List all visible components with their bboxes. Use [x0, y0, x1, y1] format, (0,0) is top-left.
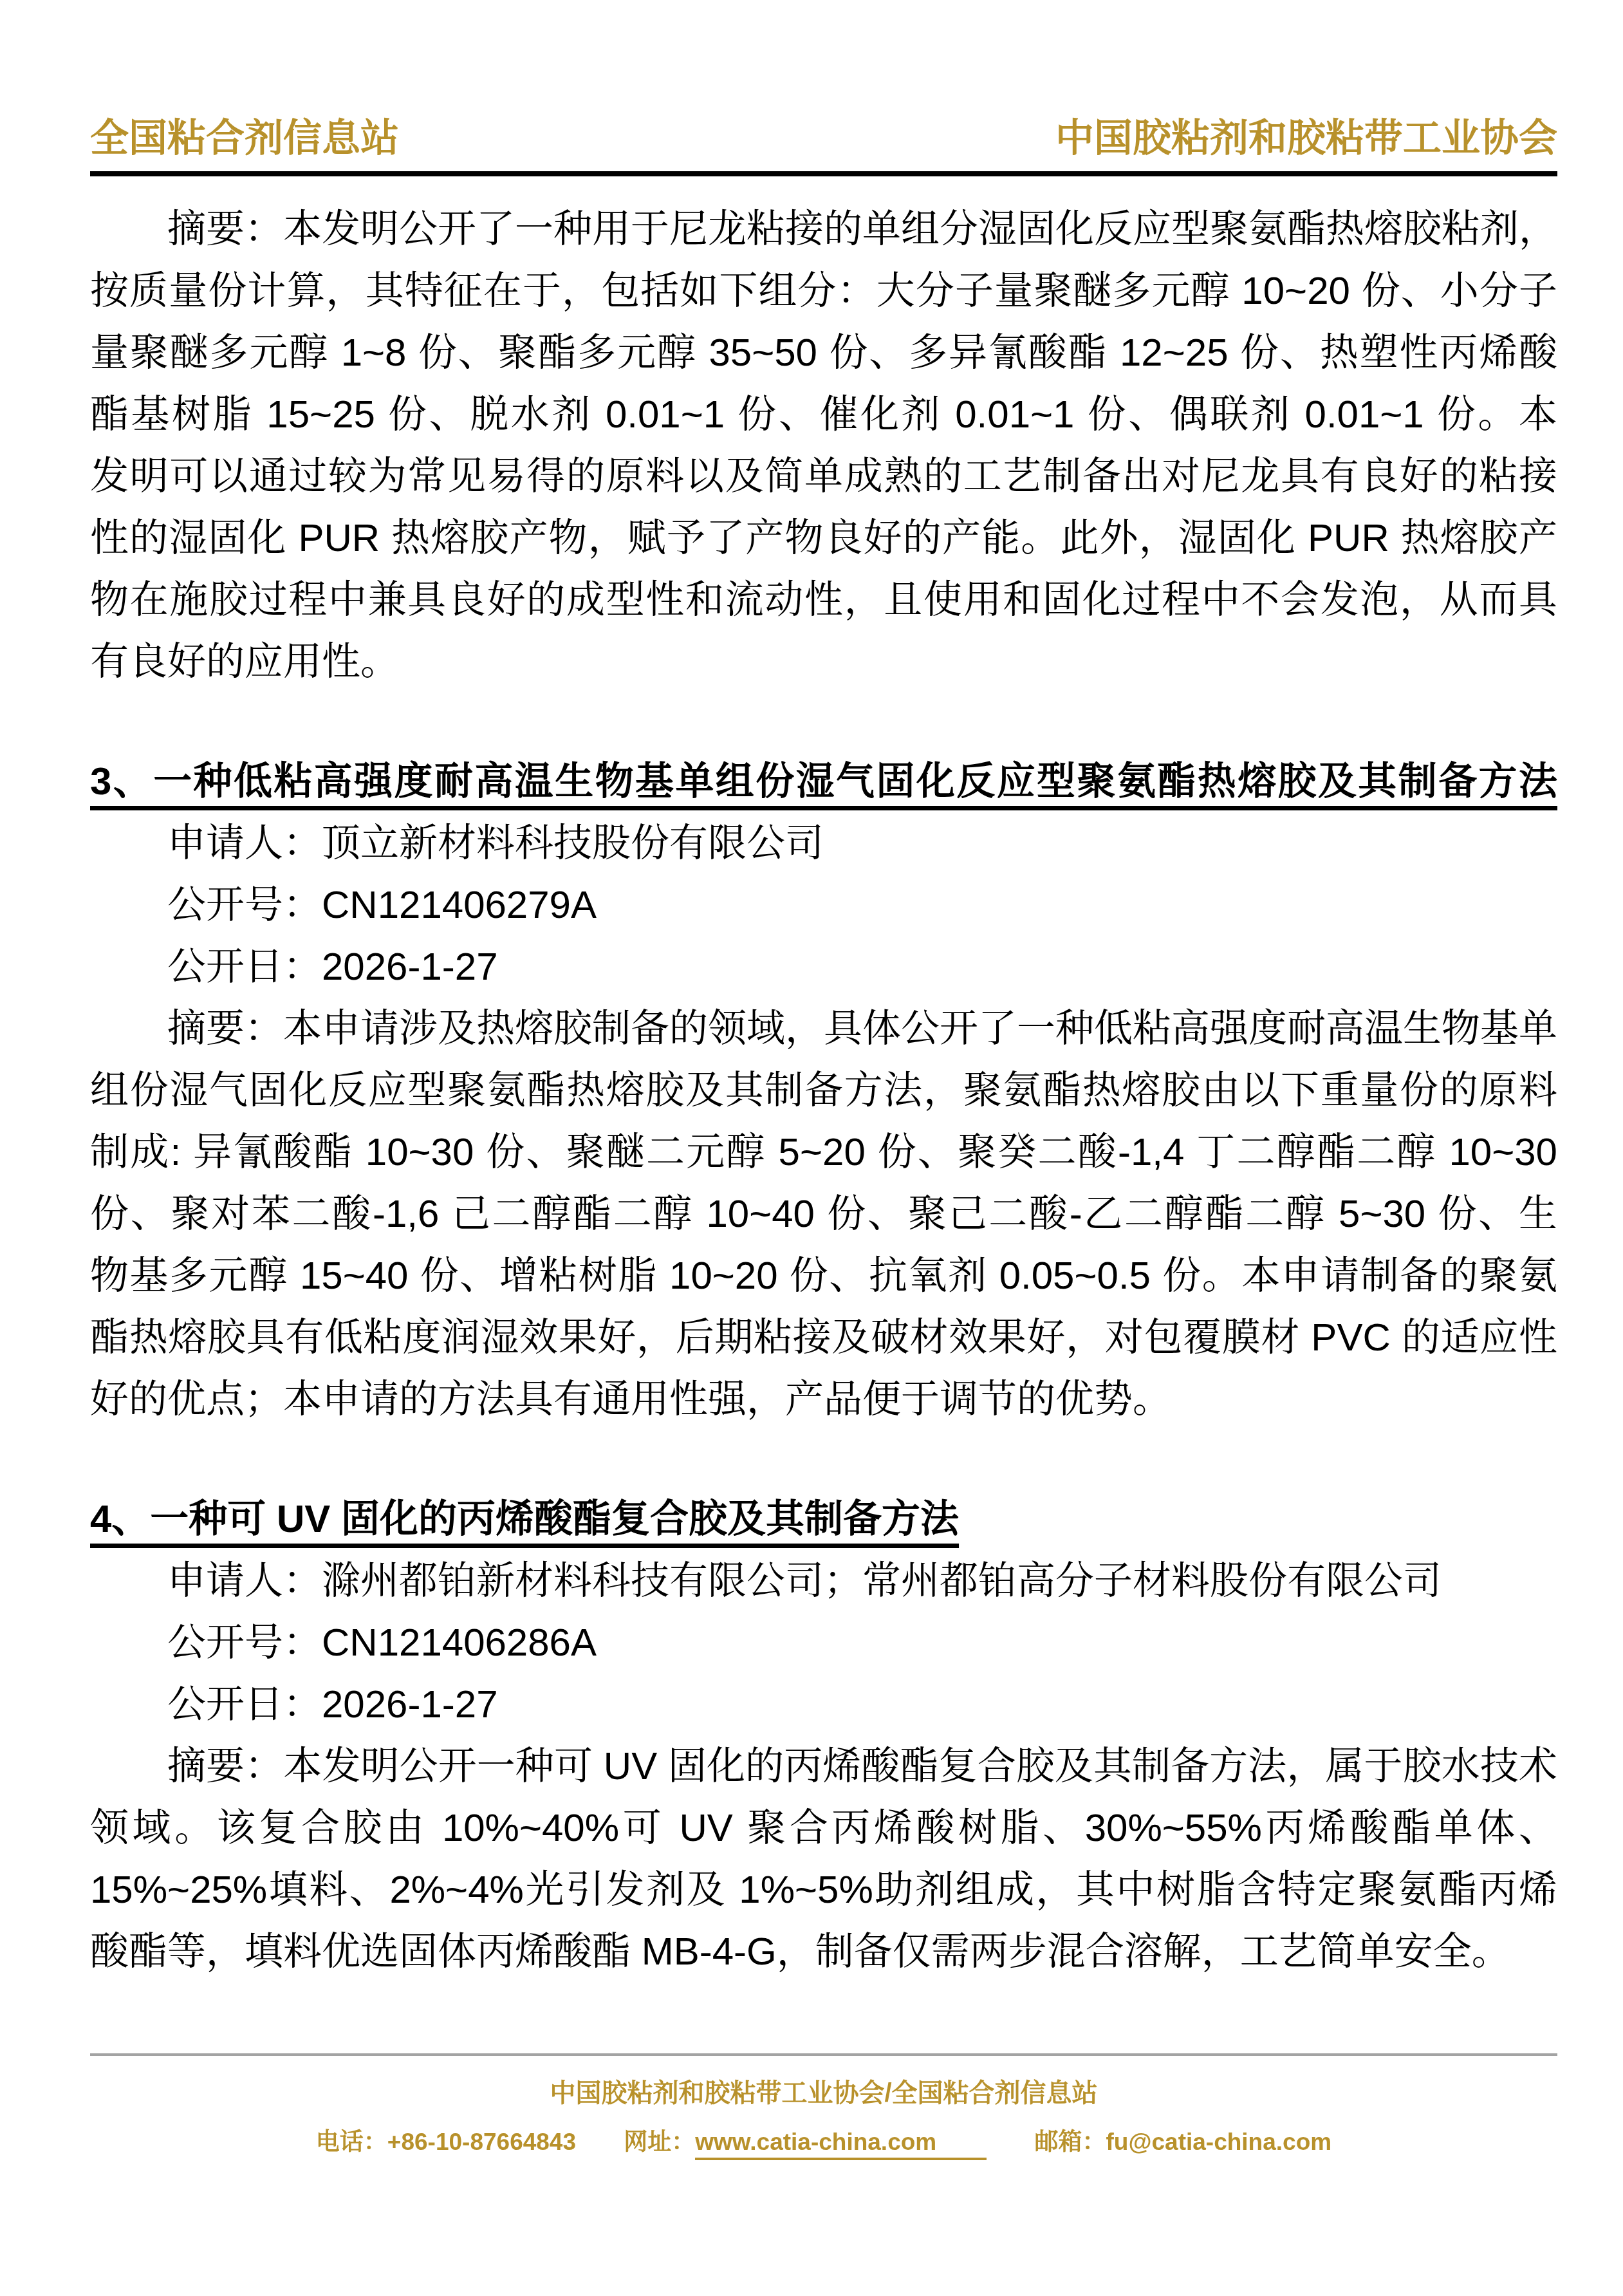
footer-contact-line: 电话：+86-10-87664843 网址：www.catia-china.co…	[90, 2124, 1557, 2160]
footer-org-line: 中国胶粘剂和胶粘带工业协会/全国粘合剂信息站	[90, 2074, 1557, 2113]
patent-4-publication-date: 公开日：2026-1-27	[90, 1674, 1557, 1735]
footer-website-link[interactable]: www.catia-china.com	[695, 2129, 987, 2160]
patent-3-heading: 3、一种低粘高强度耐高温生物基单组份湿气固化反应型聚氨酯热熔胶及其制备方法	[90, 751, 1557, 812]
abstract-line: 领域。该复合胶由 10%~40%可 UV 聚合丙烯酸树脂、30%~55%丙烯酸酯…	[90, 1797, 1557, 1859]
header-rule	[90, 171, 1557, 176]
patent-4-applicant: 申请人：滁州都铂新材料科技有限公司；常州都铂高分子材料股份有限公司	[90, 1550, 1557, 1612]
patent-4-heading: 4、一种可 UV 固化的丙烯酸酯复合胶及其制备方法	[90, 1488, 1557, 1550]
patent-4-abstract: 摘要：本发明公开一种可 UV 固化的丙烯酸酯复合胶及其制备方法，属于胶水技术 领…	[90, 1735, 1557, 1983]
abstract-line: 摘要：本发明公开了一种用于尼龙粘接的单组分湿固化反应型聚氨酯热熔胶粘剂，	[90, 198, 1557, 260]
header-org-name: 中国胶粘剂和胶粘带工业协会	[1055, 116, 1557, 161]
abstract-line: 摘要：本申请涉及热熔胶制备的领域，具体公开了一种低粘高强度耐高温生物基单	[90, 998, 1557, 1059]
abstract-line: 酸酯等，填料优选固体丙烯酸酯 MB-4-G，制备仅需两步混合溶解，工艺简单安全。	[90, 1921, 1557, 1983]
patent-3-publication-number: 公开号：CN121406279A	[90, 874, 1557, 936]
page-header: 全国粘合剂信息站 中国胶粘剂和胶粘带工业协会	[90, 116, 1557, 161]
abstract-line: 份、聚对苯二酸-1,6 己二醇酯二醇 10~40 份、聚己二酸-乙二醇酯二醇 5…	[90, 1183, 1557, 1245]
header-site-name: 全国粘合剂信息站	[90, 116, 399, 161]
patent-4-heading-text: 4、一种可 UV 固化的丙烯酸酯复合胶及其制备方法	[90, 1497, 959, 1540]
patent-4-publication-number: 公开号：CN121406286A	[90, 1612, 1557, 1674]
abstract-line: 按质量份计算，其特征在于，包括如下组分：大分子量聚醚多元醇 10~20 份、小分…	[90, 260, 1557, 322]
footer-website: 网址：www.catia-china.com	[624, 2129, 987, 2155]
document-body: 摘要：本发明公开了一种用于尼龙粘接的单组分湿固化反应型聚氨酯热熔胶粘剂， 按质量…	[90, 198, 1557, 1983]
footer-rule	[90, 2053, 1557, 2056]
abstract-line: 好的优点；本申请的方法具有通用性强，产品便于调节的优势。	[90, 1368, 1557, 1430]
footer-phone: 电话：+86-10-87664843	[316, 2129, 576, 2155]
patent-3-heading-text: 3、一种低粘高强度耐高温生物基单组份湿气固化反应型聚氨酯热熔胶及其制备方法	[90, 760, 1557, 803]
patent-3-publication-date: 公开日：2026-1-27	[90, 936, 1557, 998]
abstract-line: 性的湿固化 PUR 热熔胶产物，赋予了产物良好的产能。此外，湿固化 PUR 热熔…	[90, 507, 1557, 569]
patent-3-applicant: 申请人：顶立新材料科技股份有限公司	[90, 812, 1557, 874]
patent-2-abstract: 摘要：本发明公开了一种用于尼龙粘接的单组分湿固化反应型聚氨酯热熔胶粘剂， 按质量…	[90, 198, 1557, 693]
abstract-line: 物在施胶过程中兼具良好的成型性和流动性，且使用和固化过程中不会发泡，从而具	[90, 569, 1557, 631]
abstract-line: 制成: 异氰酸酯 10~30 份、聚醚二元醇 5~20 份、聚癸二酸-1,4 丁…	[90, 1121, 1557, 1183]
footer-website-label: 网址：	[624, 2129, 695, 2155]
footer-email: 邮箱：fu@catia-china.com	[1035, 2129, 1332, 2155]
abstract-line: 组份湿气固化反应型聚氨酯热熔胶及其制备方法，聚氨酯热熔胶由以下重量份的原料	[90, 1059, 1557, 1121]
abstract-line: 发明可以通过较为常见易得的原料以及简单成熟的工艺制备出对尼龙具有良好的粘接	[90, 445, 1557, 507]
abstract-line: 物基多元醇 15~40 份、增粘树脂 10~20 份、抗氧剂 0.05~0.5 …	[90, 1245, 1557, 1307]
abstract-line: 酯基树脂 15~25 份、脱水剂 0.01~1 份、催化剂 0.01~1 份、偶…	[90, 384, 1557, 445]
abstract-line: 有良好的应用性。	[90, 631, 1557, 693]
abstract-line: 摘要：本发明公开一种可 UV 固化的丙烯酸酯复合胶及其制备方法，属于胶水技术	[90, 1735, 1557, 1797]
abstract-line: 15%~25%填料、2%~4%光引发剂及 1%~5%助剂组成，其中树脂含特定聚氨…	[90, 1859, 1557, 1921]
abstract-line: 酯热熔胶具有低粘度润湿效果好，后期粘接及破材效果好，对包覆膜材 PVC 的适应性	[90, 1307, 1557, 1368]
document-page: 全国粘合剂信息站 中国胶粘剂和胶粘带工业协会 摘要：本发明公开了一种用于尼龙粘接…	[0, 0, 1623, 2296]
abstract-line: 量聚醚多元醇 1~8 份、聚酯多元醇 35~50 份、多异氰酸酯 12~25 份…	[90, 322, 1557, 384]
patent-3-abstract: 摘要：本申请涉及热熔胶制备的领域，具体公开了一种低粘高强度耐高温生物基单 组份湿…	[90, 998, 1557, 1430]
